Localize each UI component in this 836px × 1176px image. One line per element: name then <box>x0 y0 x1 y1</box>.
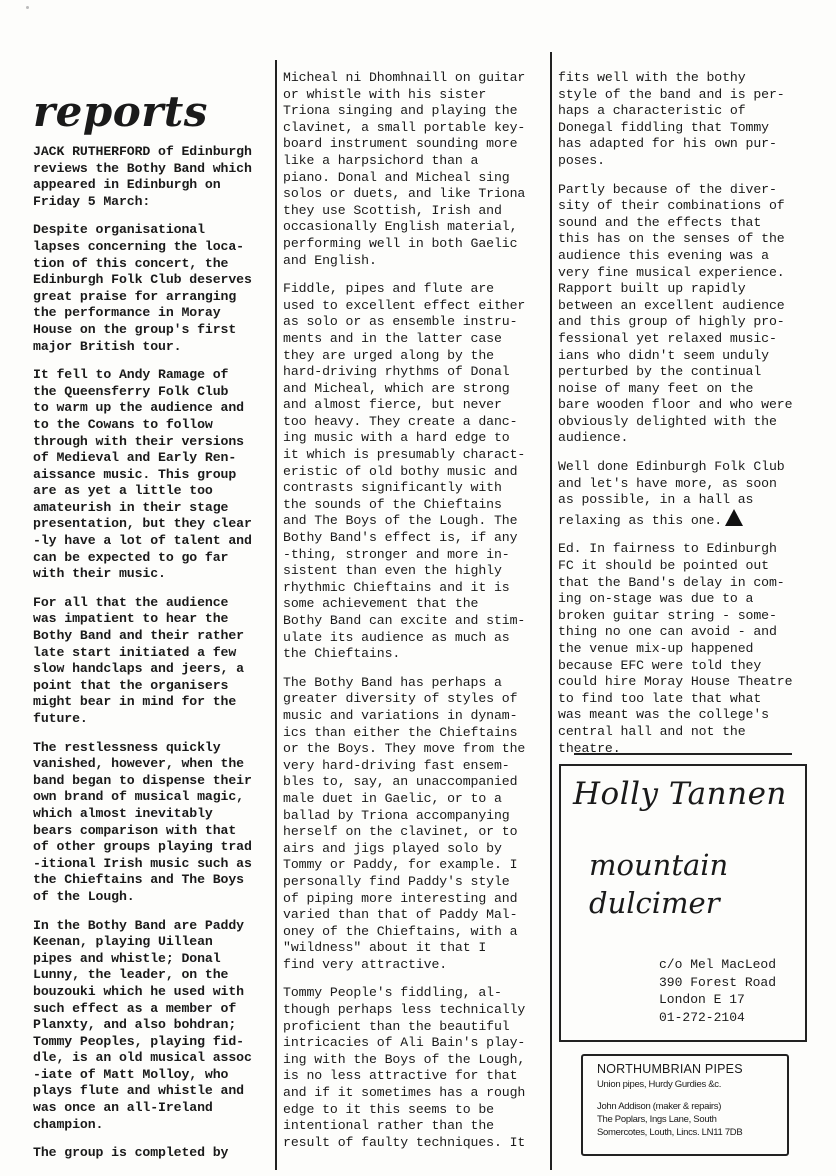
northumbrian-pipes-advert: NORTHUMBRIAN PIPES Union pipes, Hurdy Gu… <box>581 1054 789 1156</box>
article-paragraph: Despite organisational lapses concerning… <box>33 222 277 355</box>
article-paragraph: The restlessness quickly vanished, howev… <box>33 740 277 906</box>
paper-speck <box>26 6 29 9</box>
triangle-end-mark-icon <box>725 509 743 526</box>
article-paragraph: Partly because of the diver- sity of the… <box>558 182 828 448</box>
separator-rule <box>574 753 792 755</box>
section-heading: reports <box>33 90 277 134</box>
article-paragraph: fits well with the bothy style of the ba… <box>558 70 828 170</box>
advert-name: Holly Tannen <box>573 776 787 812</box>
article-paragraph: It fell to Andy Ramage of the Queensferr… <box>33 367 277 583</box>
advert-maker: John Addison (maker & repairs) <box>597 1100 787 1113</box>
advert-title: NORTHUMBRIAN PIPES <box>597 1062 787 1076</box>
holly-tannen-advert: Holly Tannen mountain dulcimer c/o Mel M… <box>559 764 807 1042</box>
column-1: reports JACK RUTHERFORD of Edinburgh rev… <box>33 90 277 1174</box>
editor-note: Ed. In fairness to Edinburgh FC it shoul… <box>558 541 828 757</box>
column-2: Micheal ni Dhomhnaill on guitar or whist… <box>283 70 551 1163</box>
article-paragraph: Fiddle, pipes and flute are used to exce… <box>283 281 551 663</box>
advert-address-line: Somercotes, Louth, Lincs. LN11 7DB <box>597 1126 787 1139</box>
article-paragraph: Micheal ni Dhomhnaill on guitar or whist… <box>283 70 551 269</box>
advert-address-line: The Poplars, Ings Lane, South <box>597 1113 787 1126</box>
article-paragraph: For all that the audience was impatient … <box>33 595 277 728</box>
article-paragraph: Tommy People's fiddling, al- though perh… <box>283 985 551 1151</box>
article-paragraph: The Bothy Band has perhaps a greater div… <box>283 675 551 974</box>
closing-text: Well done Edinburgh Folk Club and let's … <box>558 459 785 528</box>
advert-subtitle: Union pipes, Hurdy Gurdies &c. <box>597 1078 787 1091</box>
article-paragraph: The group is completed by <box>33 1145 277 1162</box>
advert-address: c/o Mel MacLeod 390 Forest Road London E… <box>659 956 776 1026</box>
article-closing-paragraph: Well done Edinburgh Folk Club and let's … <box>558 459 828 529</box>
article-paragraph: In the Bothy Band are Paddy Keenan, play… <box>33 918 277 1134</box>
column-3: fits well with the bothy style of the ba… <box>558 70 828 769</box>
advert-instrument: mountain dulcimer <box>589 846 728 922</box>
article-intro: JACK RUTHERFORD of Edinburgh reviews the… <box>33 144 277 210</box>
